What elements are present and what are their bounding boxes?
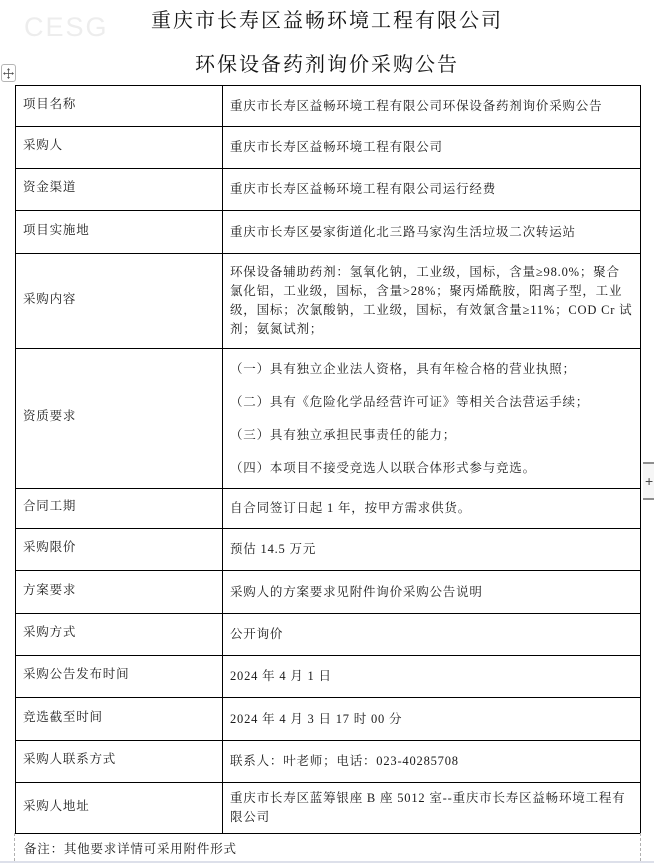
- row-label: 项目实施地: [16, 211, 223, 254]
- table-row: 采购人地址重庆市长寿区蓝筹银座 B 座 5012 室--重庆市长寿区益畅环境工程…: [16, 783, 641, 834]
- row-label: 资金渠道: [16, 169, 223, 211]
- row-value-paragraph: （四）本项目不接受竞选人以联合体形式参与竞选。: [230, 459, 633, 478]
- table-row: 采购限价预估 14.5 万元: [16, 529, 641, 571]
- page-subtitle: 环保设备药剂询价采购公告: [0, 48, 654, 77]
- row-value: 重庆市长寿区益畅环境工程有限公司环保设备药剂询价采购公告: [223, 86, 641, 127]
- plus-button[interactable]: +: [643, 462, 654, 500]
- table-row: 采购方式公开询价: [16, 614, 641, 656]
- note-row: 备注：其他要求详情可采用附件形式: [14, 833, 641, 861]
- row-value: 公开询价: [223, 614, 641, 656]
- row-value: （一）具有独立企业法人资格，具有年检合格的营业执照；（二）具有《危险化学品经营许…: [223, 349, 641, 489]
- table-row: 资质要求（一）具有独立企业法人资格，具有年检合格的营业执照；（二）具有《危险化学…: [16, 349, 641, 489]
- row-value: 重庆市长寿区益畅环境工程有限公司运行经费: [223, 169, 641, 211]
- row-value: 联系人：叶老师；电话：023-40285708: [223, 741, 641, 783]
- row-value: 自合同签订日起 1 年，按甲方需求供货。: [223, 489, 641, 529]
- table-row: 竞选截至时间2024 年 4 月 3 日 17 时 00 分: [16, 698, 641, 741]
- page-title: 重庆市长寿区益畅环境工程有限公司: [0, 4, 654, 33]
- row-label: 采购方式: [16, 614, 223, 656]
- row-label: 采购人: [16, 127, 223, 169]
- row-label: 方案要求: [16, 571, 223, 614]
- table-row: 合同工期自合同签订日起 1 年，按甲方需求供货。: [16, 489, 641, 529]
- row-label: 竞选截至时间: [16, 698, 223, 741]
- row-value: 重庆市长寿区晏家街道化北三路马家沟生活垃圾二次转运站: [223, 211, 641, 254]
- row-value: 采购人的方案要求见附件询价采购公告说明: [223, 571, 641, 614]
- row-value: 预估 14.5 万元: [223, 529, 641, 571]
- row-value-paragraph: （三）具有独立承担民事责任的能力；: [230, 426, 633, 445]
- table-move-handle[interactable]: [1, 64, 16, 82]
- table-row: 采购人重庆市长寿区益畅环境工程有限公司: [16, 127, 641, 169]
- row-label: 采购公告发布时间: [16, 656, 223, 698]
- row-label: 采购限价: [16, 529, 223, 571]
- row-value: 环保设备辅助药剂：氢氧化钠，工业级，国标，含量≥98.0%；聚合氯化铝，工业级，…: [223, 254, 641, 349]
- row-label: 资质要求: [16, 349, 223, 489]
- row-label: 合同工期: [16, 489, 223, 529]
- row-label: 采购人地址: [16, 783, 223, 834]
- procurement-notice-table: 项目名称重庆市长寿区益畅环境工程有限公司环保设备药剂询价采购公告采购人重庆市长寿…: [15, 85, 641, 834]
- move-icon: [3, 68, 14, 79]
- row-value: 重庆市长寿区益畅环境工程有限公司: [223, 127, 641, 169]
- row-value: 重庆市长寿区蓝筹银座 B 座 5012 室--重庆市长寿区益畅环境工程有限公司: [223, 783, 641, 834]
- table-row: 项目实施地重庆市长寿区晏家街道化北三路马家沟生活垃圾二次转运站: [16, 211, 641, 254]
- document-page: { "document": { "watermark": "CESG", "ti…: [0, 0, 654, 868]
- table-row: 采购公告发布时间2024 年 4 月 1 日: [16, 656, 641, 698]
- plus-icon: +: [645, 473, 653, 489]
- row-value-paragraph: （一）具有独立企业法人资格，具有年检合格的营业执照；: [230, 360, 633, 379]
- row-label: 采购人联系方式: [16, 741, 223, 783]
- row-value: 2024 年 4 月 3 日 17 时 00 分: [223, 698, 641, 741]
- table-row: 采购内容环保设备辅助药剂：氢氧化钠，工业级，国标，含量≥98.0%；聚合氯化铝，…: [16, 254, 641, 349]
- page-bottom-edge: [0, 861, 654, 863]
- table-row: 项目名称重庆市长寿区益畅环境工程有限公司环保设备药剂询价采购公告: [16, 86, 641, 127]
- table-row: 采购人联系方式联系人：叶老师；电话：023-40285708: [16, 741, 641, 783]
- row-label: 采购内容: [16, 254, 223, 349]
- row-label: 项目名称: [16, 86, 223, 127]
- row-value-paragraph: （二）具有《危险化学品经营许可证》等相关合法营运手续；: [230, 393, 633, 412]
- notice-table-body: 项目名称重庆市长寿区益畅环境工程有限公司环保设备药剂询价采购公告采购人重庆市长寿…: [16, 86, 641, 834]
- table-row: 资金渠道重庆市长寿区益畅环境工程有限公司运行经费: [16, 169, 641, 211]
- row-value: 2024 年 4 月 1 日: [223, 656, 641, 698]
- table-row: 方案要求采购人的方案要求见附件询价采购公告说明: [16, 571, 641, 614]
